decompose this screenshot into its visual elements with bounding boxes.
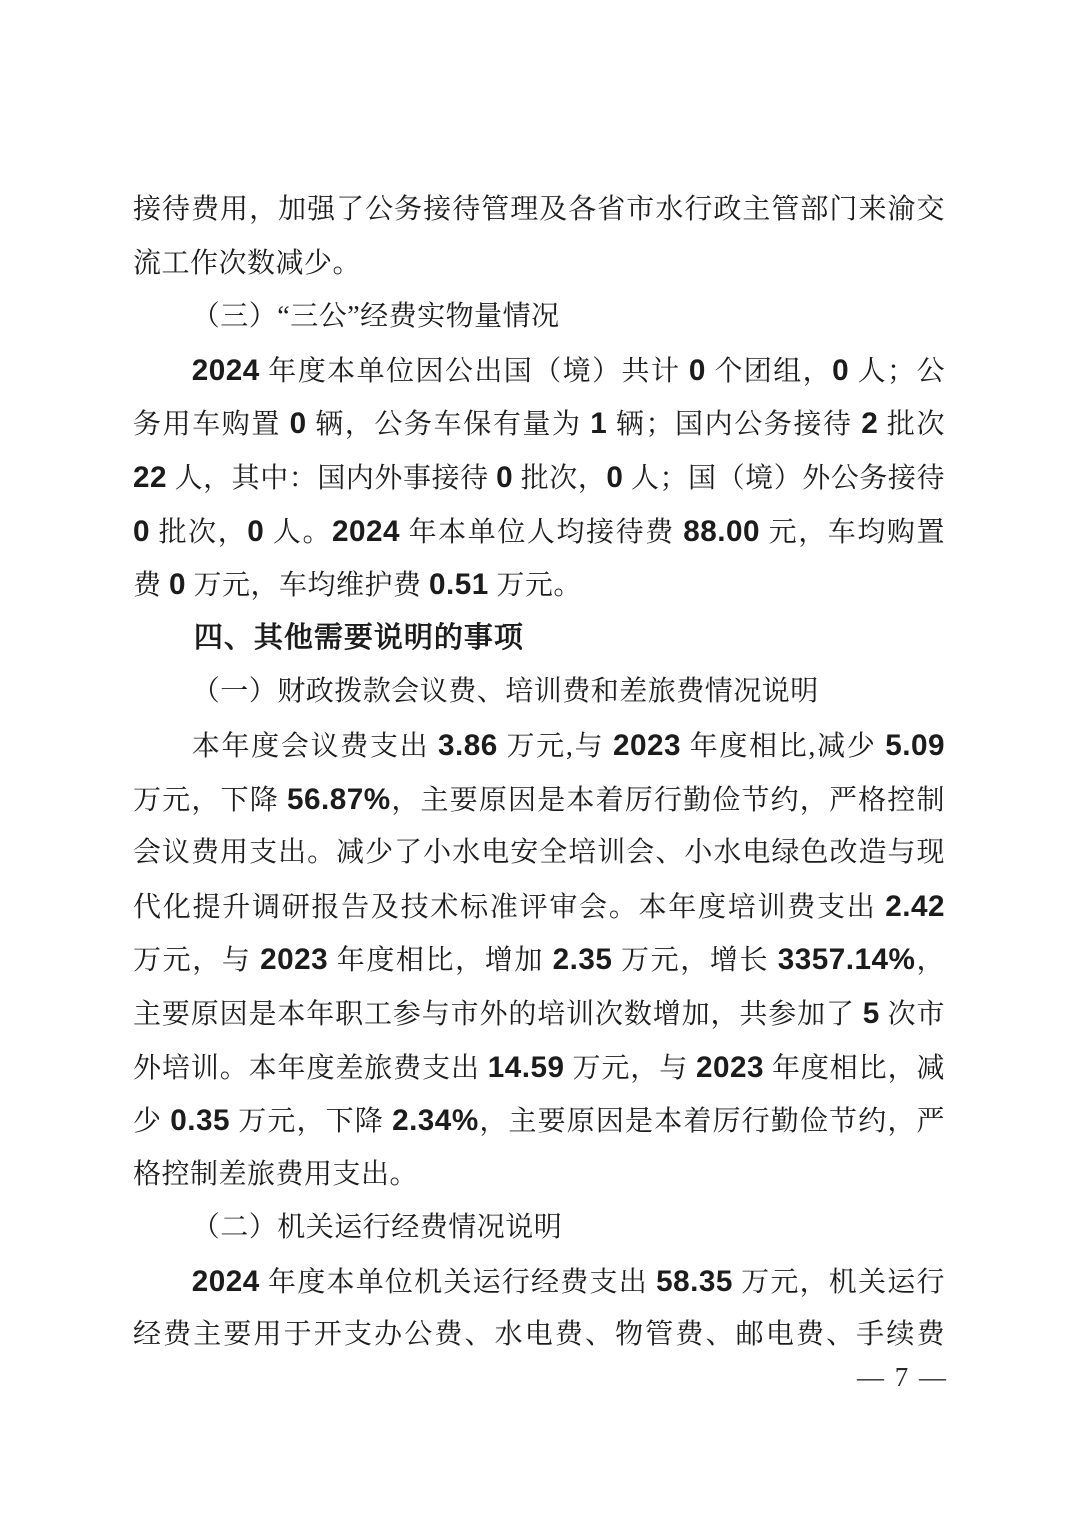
paragraph-operating-expenses: 2024 年度本单位机关运行经费支出 58.35 万元，机关运行 经费主要用于开…	[133, 1255, 945, 1362]
text-line: 代化提升调研报告及技术标准评审会。本年度培训费支出 2.42	[133, 880, 945, 934]
text-line: 少 0.35 万元，下降 2.34%，主要原因是本着厉行勤俭节约，严	[133, 1094, 945, 1148]
text-line: 2024 年度本单位因公出国（境）共计 0 个团组，0 人；公	[133, 344, 945, 398]
text-line: 万元，与 2023 年度相比，增加 2.35 万元，增长 3357.14%，	[133, 933, 945, 987]
text-line: 22 人，其中：国内外事接待 0 批次，0 人；国（境）外公务接待	[133, 451, 945, 505]
text-line: 流工作次数减少。	[133, 237, 945, 291]
text-line: 接待费用，加强了公务接待管理及各省市水行政主管部门来渝交	[133, 183, 945, 237]
text-line: 万元，下降 56.87%，主要原因是本着厉行勤俭节约，严格控制	[133, 773, 945, 827]
text-line: 2024 年度本单位机关运行经费支出 58.35 万元，机关运行	[133, 1255, 945, 1309]
document-body: 接待费用，加强了公务接待管理及各省市水行政主管部门来渝交 流工作次数减少。 （三…	[133, 183, 945, 1362]
text-line: 0 批次，0 人。2024 年本单位人均接待费 88.00 元，车均购置	[133, 505, 945, 559]
paragraph-meeting-training-travel: 本年度会议费支出 3.86 万元,与 2023 年度相比,减少 5.09 万元，…	[133, 719, 945, 1201]
text-line: 主要原因是本年职工参与市外的培训次数增加，共参加了 5 次市	[133, 987, 945, 1041]
section-heading-two: （二）机关运行经费情况说明	[133, 1201, 945, 1255]
text-line: 外培训。本年度差旅费支出 14.59 万元，与 2023 年度相比，减	[133, 1041, 945, 1095]
text-line: 经费主要用于开支办公费、水电费、物管费、邮电费、手续费等。	[133, 1308, 945, 1362]
section-heading-three: （三）“三公”经费实物量情况	[133, 290, 945, 344]
text-line: 会议费用支出。减少了小水电安全培训会、小水电绿色改造与现	[133, 826, 945, 880]
paragraph-reception: 接待费用，加强了公务接待管理及各省市水行政主管部门来渝交 流工作次数减少。	[133, 183, 945, 290]
paragraph-physical-quantities: 2024 年度本单位因公出国（境）共计 0 个团组，0 人；公 务用车购置 0 …	[133, 344, 945, 612]
text-line: 本年度会议费支出 3.86 万元,与 2023 年度相比,减少 5.09	[133, 719, 945, 773]
document-page: 接待费用，加强了公务接待管理及各省市水行政主管部门来渝交 流工作次数减少。 （三…	[0, 0, 1075, 1520]
text-line: 务用车购置 0 辆，公务车保有量为 1 辆；国内公务接待 2 批次	[133, 397, 945, 451]
page-number: — 7 —	[845, 1362, 960, 1393]
section-heading-one: （一）财政拨款会议费、培训费和差旅费情况说明	[133, 665, 945, 719]
text-line: 费 0 万元，车均维护费 0.51 万元。	[133, 558, 945, 612]
text-line: 格控制差旅费用支出。	[133, 1148, 945, 1202]
section-heading-four: 四、其他需要说明的事项	[133, 612, 945, 666]
